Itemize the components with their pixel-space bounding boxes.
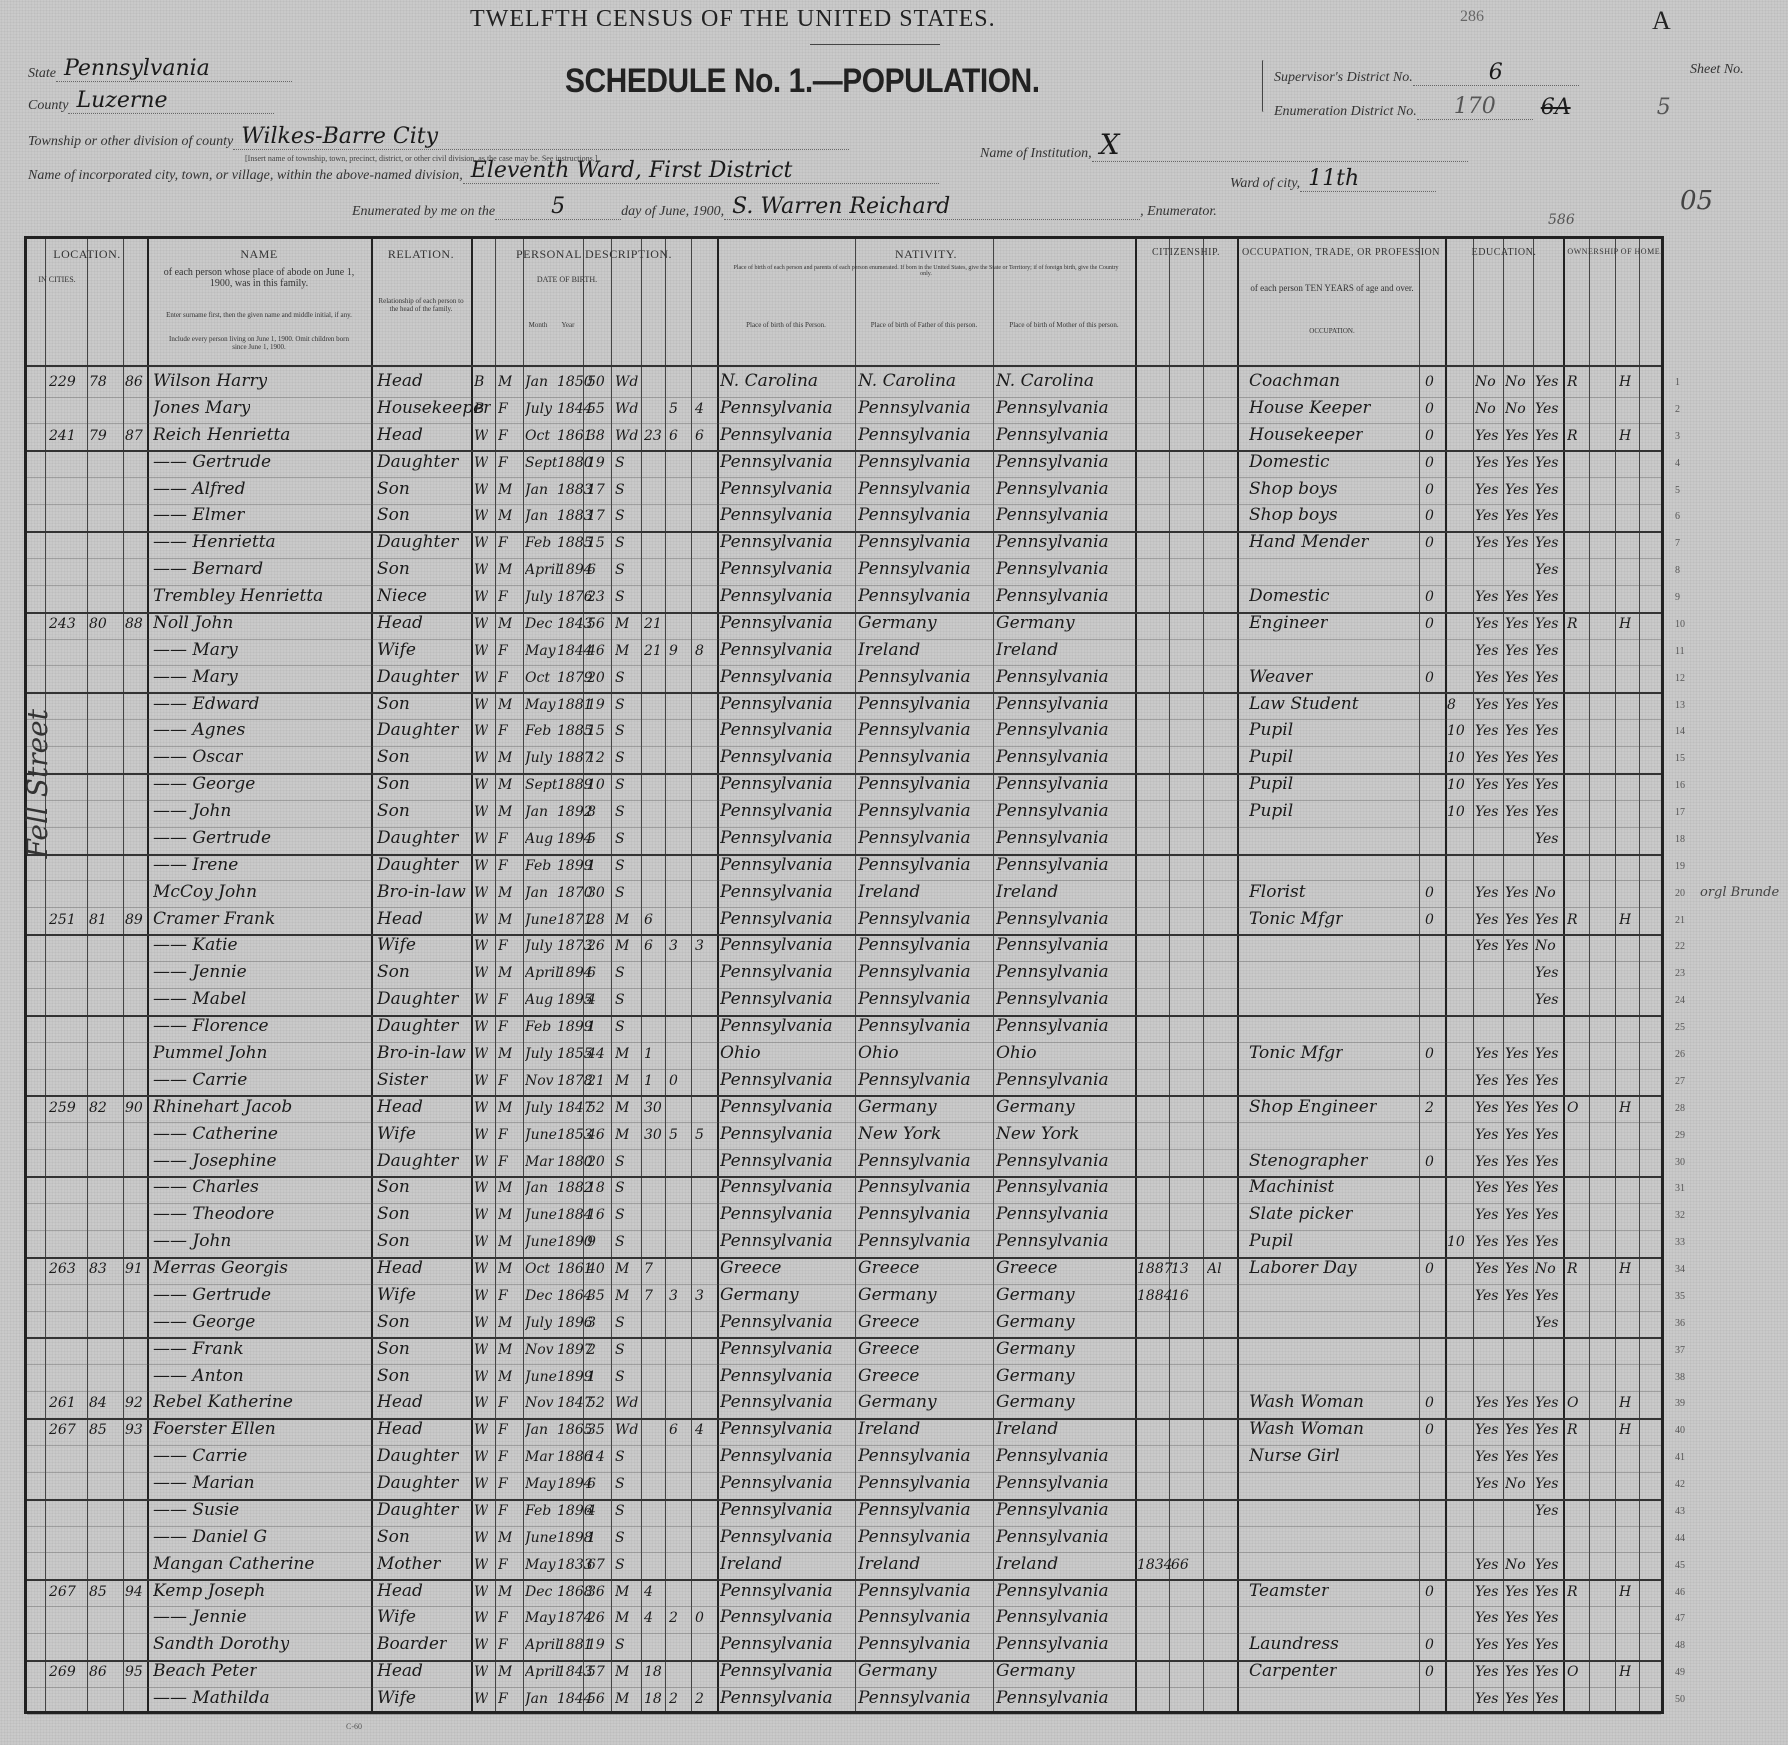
cell-write: Yes	[1505, 1046, 1529, 1062]
cell-rel: Sister	[377, 1070, 428, 1090]
line-number: 29	[1675, 1130, 1685, 1141]
cell-eng: Yes	[1535, 1395, 1559, 1411]
cell-rel: Daughter	[377, 855, 459, 875]
cell-cl: 6	[695, 428, 704, 444]
cell-dwelling: 85	[89, 1584, 107, 1600]
cell-write: Yes	[1505, 589, 1529, 605]
ward-field: Ward of city, 11th	[1230, 166, 1436, 192]
cell-write: No	[1505, 1476, 1526, 1492]
cell-mc: 3	[669, 1288, 678, 1304]
header-birth-mother: Place of birth of Mother of this person.	[993, 321, 1135, 329]
cell-bf: Pennsylvania	[858, 909, 971, 929]
line-number: 33	[1675, 1237, 1685, 1248]
cell-marital: M	[615, 1288, 629, 1304]
cell-read: Yes	[1475, 1127, 1499, 1143]
cell-color: W	[474, 1315, 488, 1331]
cell-ym: 21	[644, 616, 662, 632]
cell-bf: Pennsylvania	[858, 425, 971, 445]
cell-bm: Greece	[996, 1258, 1057, 1278]
cell-name: —— Edward	[153, 694, 259, 714]
census-table: LOCATION. IN CITIES. NAME of each person…	[24, 236, 1664, 1714]
cell-bp: Pennsylvania	[720, 1419, 833, 1439]
cell-bf: Pennsylvania	[858, 989, 971, 1009]
cell-age: 50	[587, 374, 605, 390]
cell-color: W	[474, 1046, 488, 1062]
cell-month: April	[525, 965, 560, 981]
cell-sex: F	[498, 1691, 508, 1707]
cell-bm: Pennsylvania	[996, 935, 1109, 955]
cell-eng: Yes	[1535, 1154, 1559, 1170]
cell-eng: Yes	[1535, 1664, 1559, 1680]
cell-write: Yes	[1505, 482, 1529, 498]
cell-sex: F	[498, 831, 508, 847]
cell-color: B	[474, 374, 484, 390]
cell-color: W	[474, 1342, 488, 1358]
cell-age: 17	[587, 482, 605, 498]
cell-sex: F	[498, 992, 508, 1008]
cell-rel: Son	[377, 1231, 410, 1251]
cell-rel: Head	[377, 1258, 423, 1278]
cell-rel: Head	[377, 1581, 423, 1601]
cell-read: Yes	[1475, 1476, 1499, 1492]
cell-month: May	[525, 643, 556, 659]
cell-mc: 9	[669, 643, 678, 659]
cell-color: W	[474, 1530, 488, 1546]
cell-bf: N. Carolina	[858, 371, 956, 391]
cell-dwelling: 83	[89, 1261, 107, 1277]
cell-sex: M	[498, 1369, 512, 1385]
cell-rel: Wife	[377, 935, 416, 955]
cell-read: Yes	[1475, 723, 1499, 739]
cell-yrs: 66	[1171, 1557, 1189, 1573]
line-number: 2	[1675, 404, 1680, 415]
cell-bm: Germany	[996, 1285, 1075, 1305]
cell-read: Yes	[1475, 482, 1499, 498]
cell-month: July	[525, 401, 552, 417]
cell-yrs: 13	[1171, 1261, 1189, 1277]
cell-sex: F	[498, 1422, 508, 1438]
cell-age: 10	[587, 777, 605, 793]
cell-month: Oct	[525, 428, 550, 444]
cell-bm: Pennsylvania	[996, 1634, 1109, 1654]
cell-eng: Yes	[1535, 1503, 1559, 1519]
cell-bm: New York	[996, 1124, 1079, 1144]
cell-bm: Pennsylvania	[996, 720, 1109, 740]
cell-rel: Head	[377, 425, 423, 445]
header-divider	[27, 365, 1661, 367]
cell-read: Yes	[1475, 1557, 1499, 1573]
cell-occ: House Keeper	[1249, 398, 1371, 418]
cell-rel: Daughter	[377, 1446, 459, 1466]
cell-farm: H	[1619, 1422, 1631, 1438]
cell-bp: Pennsylvania	[720, 1392, 833, 1412]
sheet-crossed: 6A	[1533, 95, 1649, 120]
cell-name: —— Gertrude	[153, 1285, 271, 1305]
cell-marital: S	[615, 562, 625, 578]
cell-school: 10	[1447, 804, 1465, 820]
cell-occ: Wash Woman	[1249, 1419, 1364, 1439]
cell-house: 269	[49, 1664, 76, 1680]
cell-rel: Boarder	[377, 1634, 447, 1654]
cell-rel: Son	[377, 479, 410, 499]
ward-value: 11th	[1300, 166, 1436, 192]
cell-bm: Pennsylvania	[996, 989, 1109, 1009]
cell-write: Yes	[1505, 1637, 1529, 1653]
cell-sex: M	[498, 1530, 512, 1546]
cell-color: W	[474, 1154, 488, 1170]
cell-occ: Tonic Mfgr	[1249, 909, 1343, 929]
line-number: 32	[1675, 1210, 1685, 1221]
cell-month: April	[525, 562, 560, 578]
cell-bp: Pennsylvania	[720, 1204, 833, 1224]
cell-read: Yes	[1475, 508, 1499, 524]
cell-month: Nov	[525, 1342, 554, 1358]
cell-ym: 30	[644, 1100, 662, 1116]
cell-month: Aug	[525, 992, 553, 1008]
cell-read: Yes	[1475, 1207, 1499, 1223]
cell-age: 52	[587, 1100, 605, 1116]
cell-bf: Pennsylvania	[858, 1204, 971, 1224]
cell-name: Merras Georgis	[153, 1258, 288, 1278]
cell-name: Noll John	[153, 613, 233, 633]
cell-bp: Pennsylvania	[720, 801, 833, 821]
cell-bm: N. Carolina	[996, 371, 1094, 391]
line-number: 43	[1675, 1506, 1685, 1517]
line-number: 13	[1675, 700, 1685, 711]
cell-occ: Laborer Day	[1249, 1258, 1357, 1278]
cell-eng: Yes	[1535, 777, 1559, 793]
cell-farm: H	[1619, 616, 1631, 632]
cell-bp: Pennsylvania	[720, 1312, 833, 1332]
cell-sex: M	[498, 965, 512, 981]
cell-rel: Head	[377, 1097, 423, 1117]
table-row: —— CarrieDaughterWFMar188614SPennsylvani…	[27, 1444, 1661, 1473]
header-citizenship: CITIZENSHIP.	[1135, 247, 1237, 258]
cell-marital: M	[615, 643, 629, 659]
cell-marital: S	[615, 1207, 625, 1223]
cell-rel: Son	[377, 505, 410, 525]
cell-rel: Son	[377, 747, 410, 767]
cell-bp: Greece	[720, 1258, 781, 1278]
cell-dwelling: 79	[89, 428, 107, 444]
cell-marital: S	[615, 1369, 625, 1385]
header-occupation-desc: of each person TEN YEARS of age and over…	[1247, 283, 1417, 293]
cell-sex: F	[498, 1449, 508, 1465]
cell-bm: Pennsylvania	[996, 801, 1109, 821]
line-number: 3	[1675, 431, 1680, 442]
cell-bf: Germany	[858, 1097, 937, 1117]
cell-rel: Son	[377, 801, 410, 821]
line-number: 8	[1675, 565, 1680, 576]
cell-month: June	[525, 1127, 557, 1143]
cell-eng: Yes	[1535, 912, 1559, 928]
cell-sex: F	[498, 643, 508, 659]
cell-age: 3	[587, 1315, 596, 1331]
cell-imm: 1884	[1137, 1288, 1173, 1304]
cell-cl: 5	[695, 1127, 704, 1143]
cell-ym: 6	[644, 912, 653, 928]
cell-marital: S	[615, 1315, 625, 1331]
cell-color: W	[474, 1476, 488, 1492]
enumeration-value: 170	[1417, 94, 1533, 120]
line-number: 12	[1675, 673, 1685, 684]
cell-eng: Yes	[1535, 804, 1559, 820]
cell-color: W	[474, 1449, 488, 1465]
cell-bf: Pennsylvania	[858, 559, 971, 579]
cell-age: 14	[587, 1449, 605, 1465]
cell-name: —— Gertrude	[153, 452, 271, 472]
cell-color: W	[474, 1691, 488, 1707]
cell-sex: M	[498, 508, 512, 524]
cell-read: Yes	[1475, 670, 1499, 686]
cell-unemp: 0	[1425, 455, 1434, 471]
cell-rel: Mother	[377, 1554, 441, 1574]
township-value: Wilkes-Barre City	[233, 124, 849, 150]
table-row: —— GertrudeWifeWFDec186435M733GermanyGer…	[27, 1283, 1661, 1312]
cell-ym: 7	[644, 1288, 653, 1304]
cell-dwelling: 84	[89, 1395, 107, 1411]
cell-eng: Yes	[1535, 670, 1559, 686]
line-number: 26	[1675, 1049, 1685, 1060]
cell-bm: Pennsylvania	[996, 425, 1109, 445]
cell-name: —— Charles	[153, 1177, 259, 1197]
cell-color: W	[474, 1557, 488, 1573]
cell-name: —— Florence	[153, 1016, 269, 1036]
cell-unemp: 0	[1425, 1422, 1434, 1438]
cell-occ: Pupil	[1249, 801, 1293, 821]
cell-mc: 2	[669, 1691, 678, 1707]
cell-eng: Yes	[1535, 992, 1559, 1008]
cell-marital: S	[615, 535, 625, 551]
cell-marital: M	[615, 938, 629, 954]
cell-rel: Head	[377, 1419, 423, 1439]
table-row: 2518189Cramer FrankHeadWMJune187128M6Pen…	[27, 907, 1661, 937]
cell-occ: Housekeeper	[1249, 425, 1363, 445]
cell-bp: Pennsylvania	[720, 1473, 833, 1493]
table-row: —— MaryWifeWFMay184446M2198PennsylvaniaI…	[27, 638, 1661, 667]
enumerator-label: , Enumerator.	[1140, 204, 1217, 220]
cell-write: Yes	[1505, 1234, 1529, 1250]
cell-month: Dec	[525, 1584, 552, 1600]
cell-month: Oct	[525, 1261, 550, 1277]
enumerated-month-label: day of June, 1900,	[621, 204, 724, 220]
cell-bp: Pennsylvania	[720, 1097, 833, 1117]
cell-bf: Pennsylvania	[858, 962, 971, 982]
cell-marital: Wd	[615, 428, 638, 444]
cell-bp: Pennsylvania	[720, 532, 833, 552]
cell-sex: M	[498, 750, 512, 766]
cell-marital: S	[615, 858, 625, 874]
cell-eng: Yes	[1535, 428, 1559, 444]
cell-color: W	[474, 1019, 488, 1035]
cell-rel: Bro-in-law	[377, 882, 466, 902]
cell-name: Wilson Harry	[153, 371, 267, 391]
cell-family: 92	[125, 1395, 143, 1411]
cell-marital: M	[615, 1691, 629, 1707]
cell-marital: S	[615, 1019, 625, 1035]
township-label: Township or other division of county	[28, 134, 233, 150]
margin-note: orgl Brunde	[1700, 885, 1788, 900]
cell-rel: Son	[377, 1366, 410, 1386]
table-row: —— AgnesDaughterWFFeb188515SPennsylvania…	[27, 718, 1661, 747]
supervisor-field: Supervisor's District No. 6	[1274, 60, 1579, 86]
cell-age: 20	[587, 670, 605, 686]
cell-month: Aug	[525, 831, 553, 847]
cell-write: Yes	[1505, 1691, 1529, 1707]
cell-bf: Pennsylvania	[858, 855, 971, 875]
cell-bm: Germany	[996, 613, 1075, 633]
table-row: —— CarrieSisterWFNov187821M10Pennsylvani…	[27, 1068, 1661, 1098]
cell-marital: M	[615, 1664, 629, 1680]
cell-own: O	[1567, 1664, 1578, 1680]
cell-color: W	[474, 1584, 488, 1600]
cell-unemp: 0	[1425, 1046, 1434, 1062]
cell-marital: S	[615, 508, 625, 524]
township-field: Township or other division of county Wil…	[28, 124, 849, 150]
cell-own: O	[1567, 1395, 1578, 1411]
table-row: —— GeorgeSonWMJuly18963SPennsylvaniaGree…	[27, 1310, 1661, 1340]
cell-bp: Pennsylvania	[720, 909, 833, 929]
cell-mc: 0	[669, 1073, 678, 1089]
cell-bm: Ireland	[996, 1419, 1058, 1439]
cell-name: —— Elmer	[153, 505, 245, 525]
line-number: 21	[1675, 915, 1685, 926]
cell-write: Yes	[1505, 804, 1529, 820]
cell-eng: Yes	[1535, 1584, 1559, 1600]
cell-rel: Niece	[377, 586, 427, 606]
cell-bm: Pennsylvania	[996, 452, 1109, 472]
cell-eng: Yes	[1535, 1422, 1559, 1438]
enumeration-field: Enumeration District No. 170 6A 5	[1274, 94, 1685, 120]
cell-sex: M	[498, 1180, 512, 1196]
cell-read: Yes	[1475, 1584, 1499, 1600]
line-number: 22	[1675, 941, 1685, 952]
cell-month: Dec	[525, 616, 552, 632]
cell-write: Yes	[1505, 1100, 1529, 1116]
cell-name: —— Irene	[153, 855, 238, 875]
cell-occ: Laundress	[1249, 1634, 1339, 1654]
table-row: —— OscarSonWMJuly188712SPennsylvaniaPenn…	[27, 745, 1661, 775]
cell-occ: Domestic	[1249, 586, 1330, 606]
cell-color: W	[474, 455, 488, 471]
cell-age: 35	[587, 1288, 605, 1304]
cell-name: Jones Mary	[153, 398, 250, 418]
cell-age: 19	[587, 1637, 605, 1653]
cell-eng: No	[1535, 1261, 1556, 1277]
header-relation: RELATION.	[371, 247, 471, 262]
cell-own: R	[1567, 1422, 1578, 1438]
cell-sex: F	[498, 455, 508, 471]
cell-rel: Head	[377, 1392, 423, 1412]
cell-ym: 18	[644, 1691, 662, 1707]
cell-bp: Pennsylvania	[720, 479, 833, 499]
cell-bp: Pennsylvania	[720, 935, 833, 955]
cell-bp: Pennsylvania	[720, 1607, 833, 1627]
cell-month: May	[525, 1557, 556, 1573]
cell-month: Jan	[525, 508, 548, 524]
cell-bp: Pennsylvania	[720, 1634, 833, 1654]
table-row: —— GertrudeDaughterWFSept188019SPennsylv…	[27, 450, 1661, 479]
cell-name: —— Jennie	[153, 1607, 247, 1627]
cell-age: 19	[587, 697, 605, 713]
cell-bm: Germany	[996, 1312, 1075, 1332]
cell-bf: Pennsylvania	[858, 505, 971, 525]
cell-bf: Greece	[858, 1258, 919, 1278]
cell-marital: M	[615, 1127, 629, 1143]
cell-nat: Al	[1207, 1261, 1222, 1277]
table-row: —— MabelDaughterWFAug18954SPennsylvaniaP…	[27, 987, 1661, 1017]
table-row: —— MathildaWifeWFJan184456M1822Pennsylva…	[27, 1686, 1661, 1715]
cell-sex: M	[498, 1584, 512, 1600]
cell-yrs: 16	[1171, 1288, 1189, 1304]
cell-write: Yes	[1505, 670, 1529, 686]
table-row: —— AlfredSonWMJan188317SPennsylvaniaPenn…	[27, 477, 1661, 506]
header-name-desc: of each person whose place of abode on J…	[163, 267, 355, 289]
cell-occ: Slate picker	[1249, 1204, 1353, 1224]
cell-age: 67	[587, 1557, 605, 1573]
cell-sex: M	[498, 885, 512, 901]
cell-bm: Pennsylvania	[996, 1607, 1109, 1627]
cell-rel: Daughter	[377, 532, 459, 552]
cell-rel: Daughter	[377, 1151, 459, 1171]
cell-age: 46	[587, 1127, 605, 1143]
cell-name: —— Theodore	[153, 1204, 274, 1224]
cell-age: 15	[587, 723, 605, 739]
cell-eng: No	[1535, 938, 1556, 954]
cell-bm: Pennsylvania	[996, 1016, 1109, 1036]
cell-bf: Greece	[858, 1366, 919, 1386]
cell-bm: Pennsylvania	[996, 1204, 1109, 1224]
cell-eng: Yes	[1535, 831, 1559, 847]
cell-color: W	[474, 643, 488, 659]
cell-color: W	[474, 1261, 488, 1277]
line-number: 7	[1675, 538, 1680, 549]
table-row: Mangan CatherineMotherWFMay183367SIrelan…	[27, 1552, 1661, 1582]
cell-ym: 1	[644, 1073, 653, 1089]
page-number: 286	[1460, 8, 1484, 26]
header-name-instr1: Enter surname first, then the given name…	[163, 311, 355, 319]
cell-occ: Shop Engineer	[1249, 1097, 1377, 1117]
line-number: 11	[1675, 646, 1685, 657]
table-row: Jones MaryHousekeeperBFJuly184455Wd54Pen…	[27, 396, 1661, 425]
cell-name: —— Mabel	[153, 989, 246, 1009]
cell-month: April	[525, 1637, 560, 1653]
cell-marital: S	[615, 670, 625, 686]
cell-read: Yes	[1475, 1449, 1499, 1465]
cell-bf: Germany	[858, 1285, 937, 1305]
table-row: 2618492Rebel KatherineHeadWFNov184752WdP…	[27, 1390, 1661, 1420]
cell-name: Mangan Catherine	[153, 1554, 314, 1574]
cell-sex: M	[498, 1100, 512, 1116]
cell-bp: Pennsylvania	[720, 1231, 833, 1251]
cell-color: W	[474, 1127, 488, 1143]
institution-field: Name of Institution, X	[980, 128, 1468, 162]
cell-sex: M	[498, 1261, 512, 1277]
cell-family: 95	[125, 1664, 143, 1680]
table-row: —— TheodoreSonWMJune188416SPennsylvaniaP…	[27, 1202, 1661, 1231]
cell-write: Yes	[1505, 643, 1529, 659]
cell-occ: Pupil	[1249, 774, 1293, 794]
cell-unemp: 0	[1425, 1664, 1434, 1680]
cell-age: 21	[587, 1073, 605, 1089]
cell-occ: Pupil	[1249, 747, 1293, 767]
cell-bm: Germany	[996, 1339, 1075, 1359]
cell-name: —— Gertrude	[153, 828, 271, 848]
cell-name: —— Mary	[153, 667, 238, 687]
line-number: 39	[1675, 1398, 1685, 1409]
cell-unemp: 0	[1425, 616, 1434, 632]
cell-age: 23	[587, 589, 605, 605]
